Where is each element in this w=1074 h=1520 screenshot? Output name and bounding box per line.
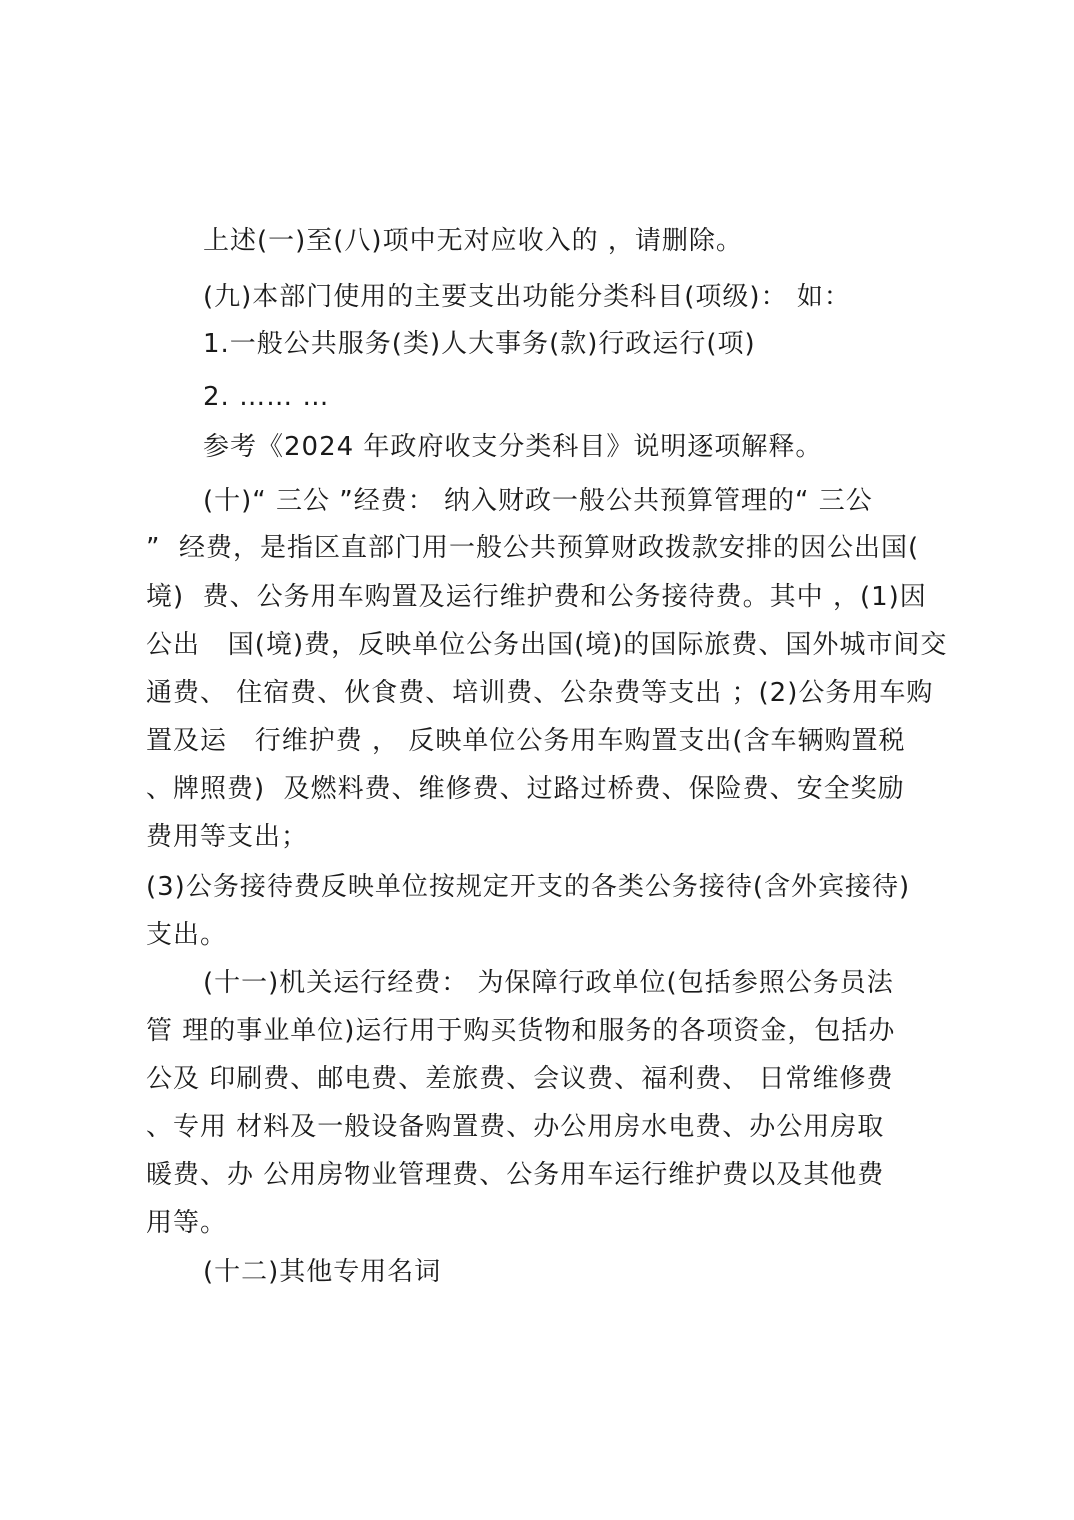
text-line-18: 公及 印刷费、邮电费、差旅费、会议费、福利费、 日常维修费	[146, 1062, 894, 1096]
text-line-3: 1.一般公共服务(类)人大事务(款)行政运行(项)	[203, 327, 756, 361]
text-line-11: 置及运 行维护费 ， 反映单位公务用车购置支出(含车辆购置税	[146, 724, 905, 758]
text-line-13: 费用等支出；	[146, 820, 308, 854]
text-line-8: 境) 费、公务用车购置及运行维护费和公务接待费。其中 ，(1)因	[146, 580, 927, 614]
text-line-10: 通费、 住宿费、伙食费、培训费、公杂费等支出 ；(2)公务用车购	[146, 676, 933, 710]
text-line-4: 2. …… …	[203, 380, 329, 414]
text-line-17: 管 理的事业单位)运行用于购买货物和服务的各项资金，包括办	[146, 1014, 895, 1048]
text-line-2: (九)本部门使用的主要支出功能分类科目(项级)： 如：	[203, 280, 851, 314]
text-line-7: ” 经费，是指区直部门用一般公共预算财政拨款安排的因公出国(	[146, 531, 919, 565]
text-line-1: 上述(一)至(八)项中无对应收入的 ，请删除。	[203, 224, 743, 258]
text-line-15: 支出。	[146, 918, 227, 952]
text-line-14: (3)公务接待费反映单位按规定开支的各类公务接待(含外宾接待)	[146, 870, 910, 904]
text-line-5: 参考《2024 年政府收支分类科目》说明逐项解释。	[203, 430, 822, 464]
text-line-20: 暖费、办 公用房物业管理费、公务用车运行维护费以及其他费	[146, 1158, 884, 1192]
text-line-6: (十)“ 三公 ”经费： 纳入财政一般公共预算管理的“ 三公	[203, 484, 873, 518]
text-line-12: 、牌照费) 及燃料费、维修费、过路过桥费、保险费、安全奖励	[146, 772, 905, 806]
text-line-9: 公出 国(境)费，反映单位公务出国(境)的国际旅费、国外城市间交	[146, 628, 947, 662]
text-line-19: 、专用 材料及一般设备购置费、办公用房水电费、办公用房取	[146, 1110, 884, 1144]
section-heading-12: (十二)其他专用名词	[203, 1255, 441, 1289]
text-line-21: 用等。	[146, 1206, 227, 1240]
text-line-16: (十一)机关运行经费： 为保障行政单位(包括参照公务员法	[203, 966, 894, 1000]
